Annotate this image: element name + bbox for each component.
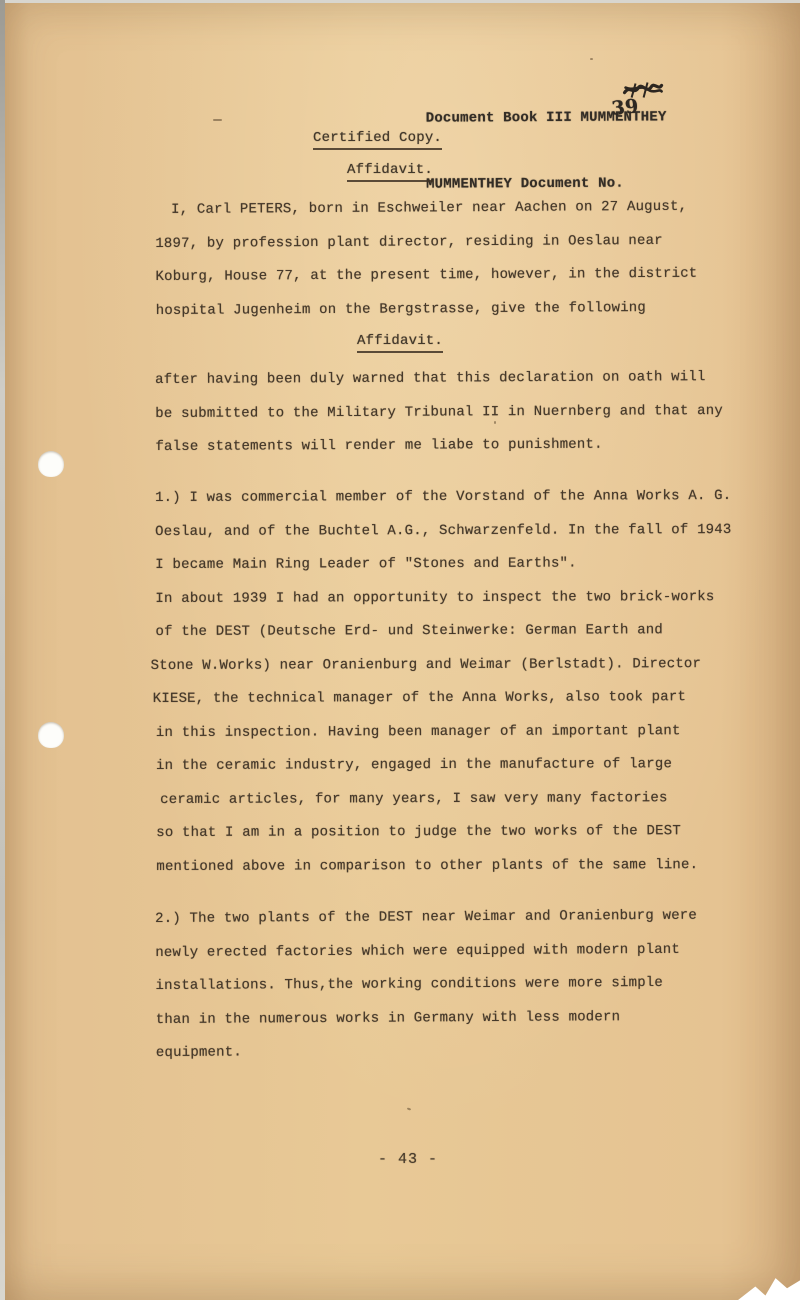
- text-line: false statements will render me liabe to…: [155, 428, 723, 464]
- text-line: be submitted to the Military Tribunal II…: [155, 395, 723, 431]
- text-line: hospital Jugenheim on the Bergstrasse, g…: [156, 291, 698, 328]
- text-line: in the ceramic industry, engaged in the …: [156, 748, 732, 784]
- torn-paper-corner: [728, 1272, 800, 1300]
- text-line: KIESE, the technical manager of the Anna…: [153, 681, 732, 717]
- affidavit-page: Document Book III MUMMENTHEY MUMMENTHEY …: [5, 3, 800, 1300]
- text-line: ceramic articles, for many years, I saw …: [160, 781, 732, 816]
- affidavit-title: Affidavit.: [347, 162, 433, 178]
- text-line: In about 1939 I had an opportunity to in…: [155, 580, 731, 616]
- text-line: than in the numerous works in Germany wi…: [156, 1000, 698, 1037]
- paper-speck: [494, 421, 496, 424]
- affidavit-title-text: Affidavit.: [347, 162, 433, 182]
- text-line: after having been duly warned that this …: [155, 361, 723, 397]
- text-line: of the DEST (Deutsche Erd- und Steinwerk…: [155, 614, 731, 650]
- text-line: newly erected factories which were equip…: [155, 933, 697, 970]
- paper-speck: [407, 1107, 411, 1110]
- text-line: 1897, by profession plant director, resi…: [155, 224, 697, 261]
- certified-copy-text: Certified Copy.: [313, 130, 442, 150]
- page-number: - 43 -: [378, 1151, 438, 1168]
- text-line: Oeslau, and of the Buchtel A.G., Schwarz…: [155, 513, 731, 549]
- handwritten-document-number: 39: [611, 95, 640, 120]
- text-line: so that I am in a position to judge the …: [156, 815, 732, 851]
- paper-speck: [590, 58, 593, 60]
- paper-speck: [213, 119, 222, 121]
- paragraph-2: 2.) The two plants of the DEST near Weim…: [155, 900, 698, 1071]
- oath-paragraph: after having been duly warned that this …: [155, 361, 723, 464]
- punch-hole-top: [38, 451, 64, 477]
- text-line: 2.) The two plants of the DEST near Weim…: [155, 900, 697, 937]
- affidavit-section-heading: Affidavit.: [357, 333, 443, 349]
- paragraph-1: 1.) I was commercial member of the Vorst…: [155, 480, 733, 884]
- text-line: 1.) I was commercial member of the Vorst…: [155, 480, 731, 516]
- affidavit-heading-text: Affidavit.: [357, 333, 443, 353]
- text-line: equipment.: [156, 1034, 698, 1071]
- text-line: mentioned above in comparison to other p…: [156, 848, 732, 884]
- text-line: in this inspection. Having been manager …: [156, 714, 732, 750]
- text-line: I, Carl PETERS, born in Eschweiler near …: [155, 191, 697, 228]
- text-line: installations. Thus,the working conditio…: [155, 967, 697, 1004]
- intro-paragraph: I, Carl PETERS, born in Eschweiler near …: [155, 191, 698, 328]
- text-line: Stone W.Works) near Oranienburg and Weim…: [151, 647, 732, 683]
- punch-hole-bottom: [38, 722, 64, 748]
- certified-copy-title: Certified Copy.: [313, 130, 442, 146]
- text-line: I became Main Ring Leader of "Stones and…: [155, 547, 731, 583]
- text-line: Koburg, House 77, at the present time, h…: [155, 258, 697, 295]
